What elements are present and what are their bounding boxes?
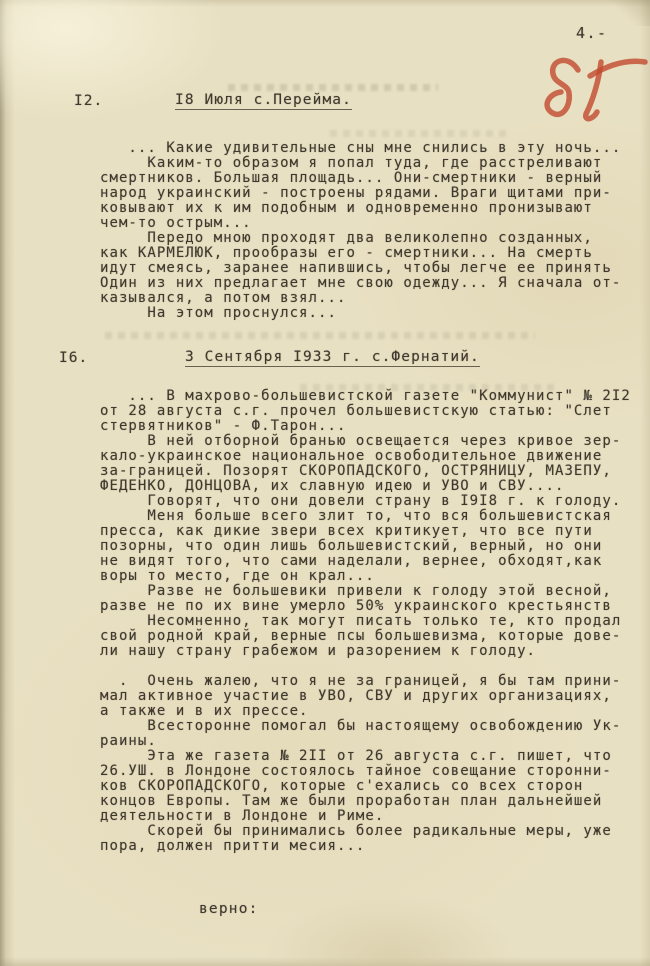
typed-line: ковывают их к им подобным и одновременно… — [100, 201, 621, 216]
entry-body: ... Какие удивительные сны мне снились в… — [100, 141, 621, 321]
typed-line: идут смеясь, заранее напившись, чтобы ле… — [100, 261, 621, 276]
typed-line: кало-украинское национальное освободител… — [100, 449, 631, 464]
typed-line: смертников. Большая площадь... Они-смерт… — [100, 171, 621, 186]
typed-line: ли нашу страну грабежом и разорением к г… — [100, 644, 631, 659]
typed-line: Меня больше всего злит то, что вся больш… — [100, 509, 631, 524]
typed-line: мал активное участие в УВО, СВУ и других… — [100, 689, 631, 704]
entry-number: I2. — [74, 93, 103, 109]
handwritten-page-mark-85 — [538, 48, 650, 130]
typed-line: пора, должен притти месия... — [100, 839, 631, 854]
typed-line: позорны, что один лишь большевистский, в… — [100, 539, 631, 554]
typed-line — [100, 659, 631, 674]
typed-line: как КАРМЕЛЮК, прообразы его - смертники.… — [100, 246, 621, 261]
typed-line: Разве не большевики привели к голоду это… — [100, 584, 631, 599]
typed-line: а также и в их прессе. — [100, 704, 631, 719]
archival-document-scan: 4.- I2. I8 Июля с.Перейма. ... Какие уди… — [0, 0, 650, 966]
bleedthrough-mark — [228, 84, 438, 91]
typed-line: ... Какие удивительные сны мне снились в… — [100, 141, 621, 156]
typed-line: ков СКОРОПАДСКОГО, которые с'ехались со … — [100, 779, 631, 794]
typed-line: казывался, а потом взял... — [100, 291, 621, 306]
typed-line: за-границей. Позорят СКОРОПАДСКОГО, ОСТР… — [100, 464, 631, 479]
typed-line: концов Европы. Там же были проработан пл… — [100, 794, 631, 809]
typed-line: Скорей бы принимались более радикальные … — [100, 824, 631, 839]
typed-line: На этом проснулся... — [100, 306, 621, 321]
typed-line: свой родной край, верные псы большевизма… — [100, 629, 631, 644]
typed-line: пресса, как дикие звери всех критикует, … — [100, 524, 631, 539]
paper-corner-crease — [606, 0, 650, 26]
typed-line: раины. — [100, 734, 631, 749]
typed-line: Говорят, что они довели страну в I9I8 г.… — [100, 494, 631, 509]
typed-line: ФЕДЕНКО, ДОНЦОВА, их славную идею и УВО … — [100, 479, 631, 494]
typed-line: . Очень жалею, что я не за границей, я б… — [100, 674, 631, 689]
typed-line: воры то место, где он крал... — [100, 569, 631, 584]
typed-line: В ней отборной бранью освещается через к… — [100, 434, 631, 449]
typed-line: Всесторонне помогал бы настоящему освобо… — [100, 719, 631, 734]
typed-line: от 28 августа с.г. прочел большевистскую… — [100, 404, 631, 419]
red-pencil-85-icon — [538, 48, 650, 126]
bleedthrough-mark — [105, 332, 535, 339]
typed-line: Несомненно, так могут писать только те, … — [100, 614, 631, 629]
entry-body: ... В махрово-большевистской газете "Ком… — [100, 389, 631, 854]
typed-line: чем-то острым... — [100, 216, 621, 231]
typed-line: разве не по их вине умерло 50% украинско… — [100, 599, 631, 614]
entry-heading: I8 Июля с.Перейма. — [175, 92, 352, 110]
typed-line: ... В махрово-большевистской газете "Ком… — [100, 389, 631, 404]
typed-line: народ украинский - построены рядами. Вра… — [100, 186, 621, 201]
page-number: 4.- — [576, 24, 608, 42]
typed-line: Один из них предлагает мне свою одежду..… — [100, 276, 621, 291]
entry-heading: 3 Сентября I933 г. с.Фернатий. — [185, 349, 480, 367]
bleedthrough-mark — [330, 130, 510, 137]
typed-line: стервятников" - Ф.Тарон... — [100, 419, 631, 434]
entry-number: I6. — [59, 350, 88, 366]
certification-footer: верно: — [199, 901, 259, 917]
typed-line: Передо мною проходят два великолепно соз… — [100, 231, 621, 246]
typed-line: деятельности в Лондоне и Риме. — [100, 809, 631, 824]
typed-line: Каким-то образом я попал туда, где расст… — [100, 156, 621, 171]
typed-line: 26.УШ. в Лондоне состоялось тайное совещ… — [100, 764, 631, 779]
typed-line: Эта же газета № 2II от 26 августа с.г. п… — [100, 749, 631, 764]
typed-line: не видят того, что сами наделали, вернее… — [100, 554, 631, 569]
